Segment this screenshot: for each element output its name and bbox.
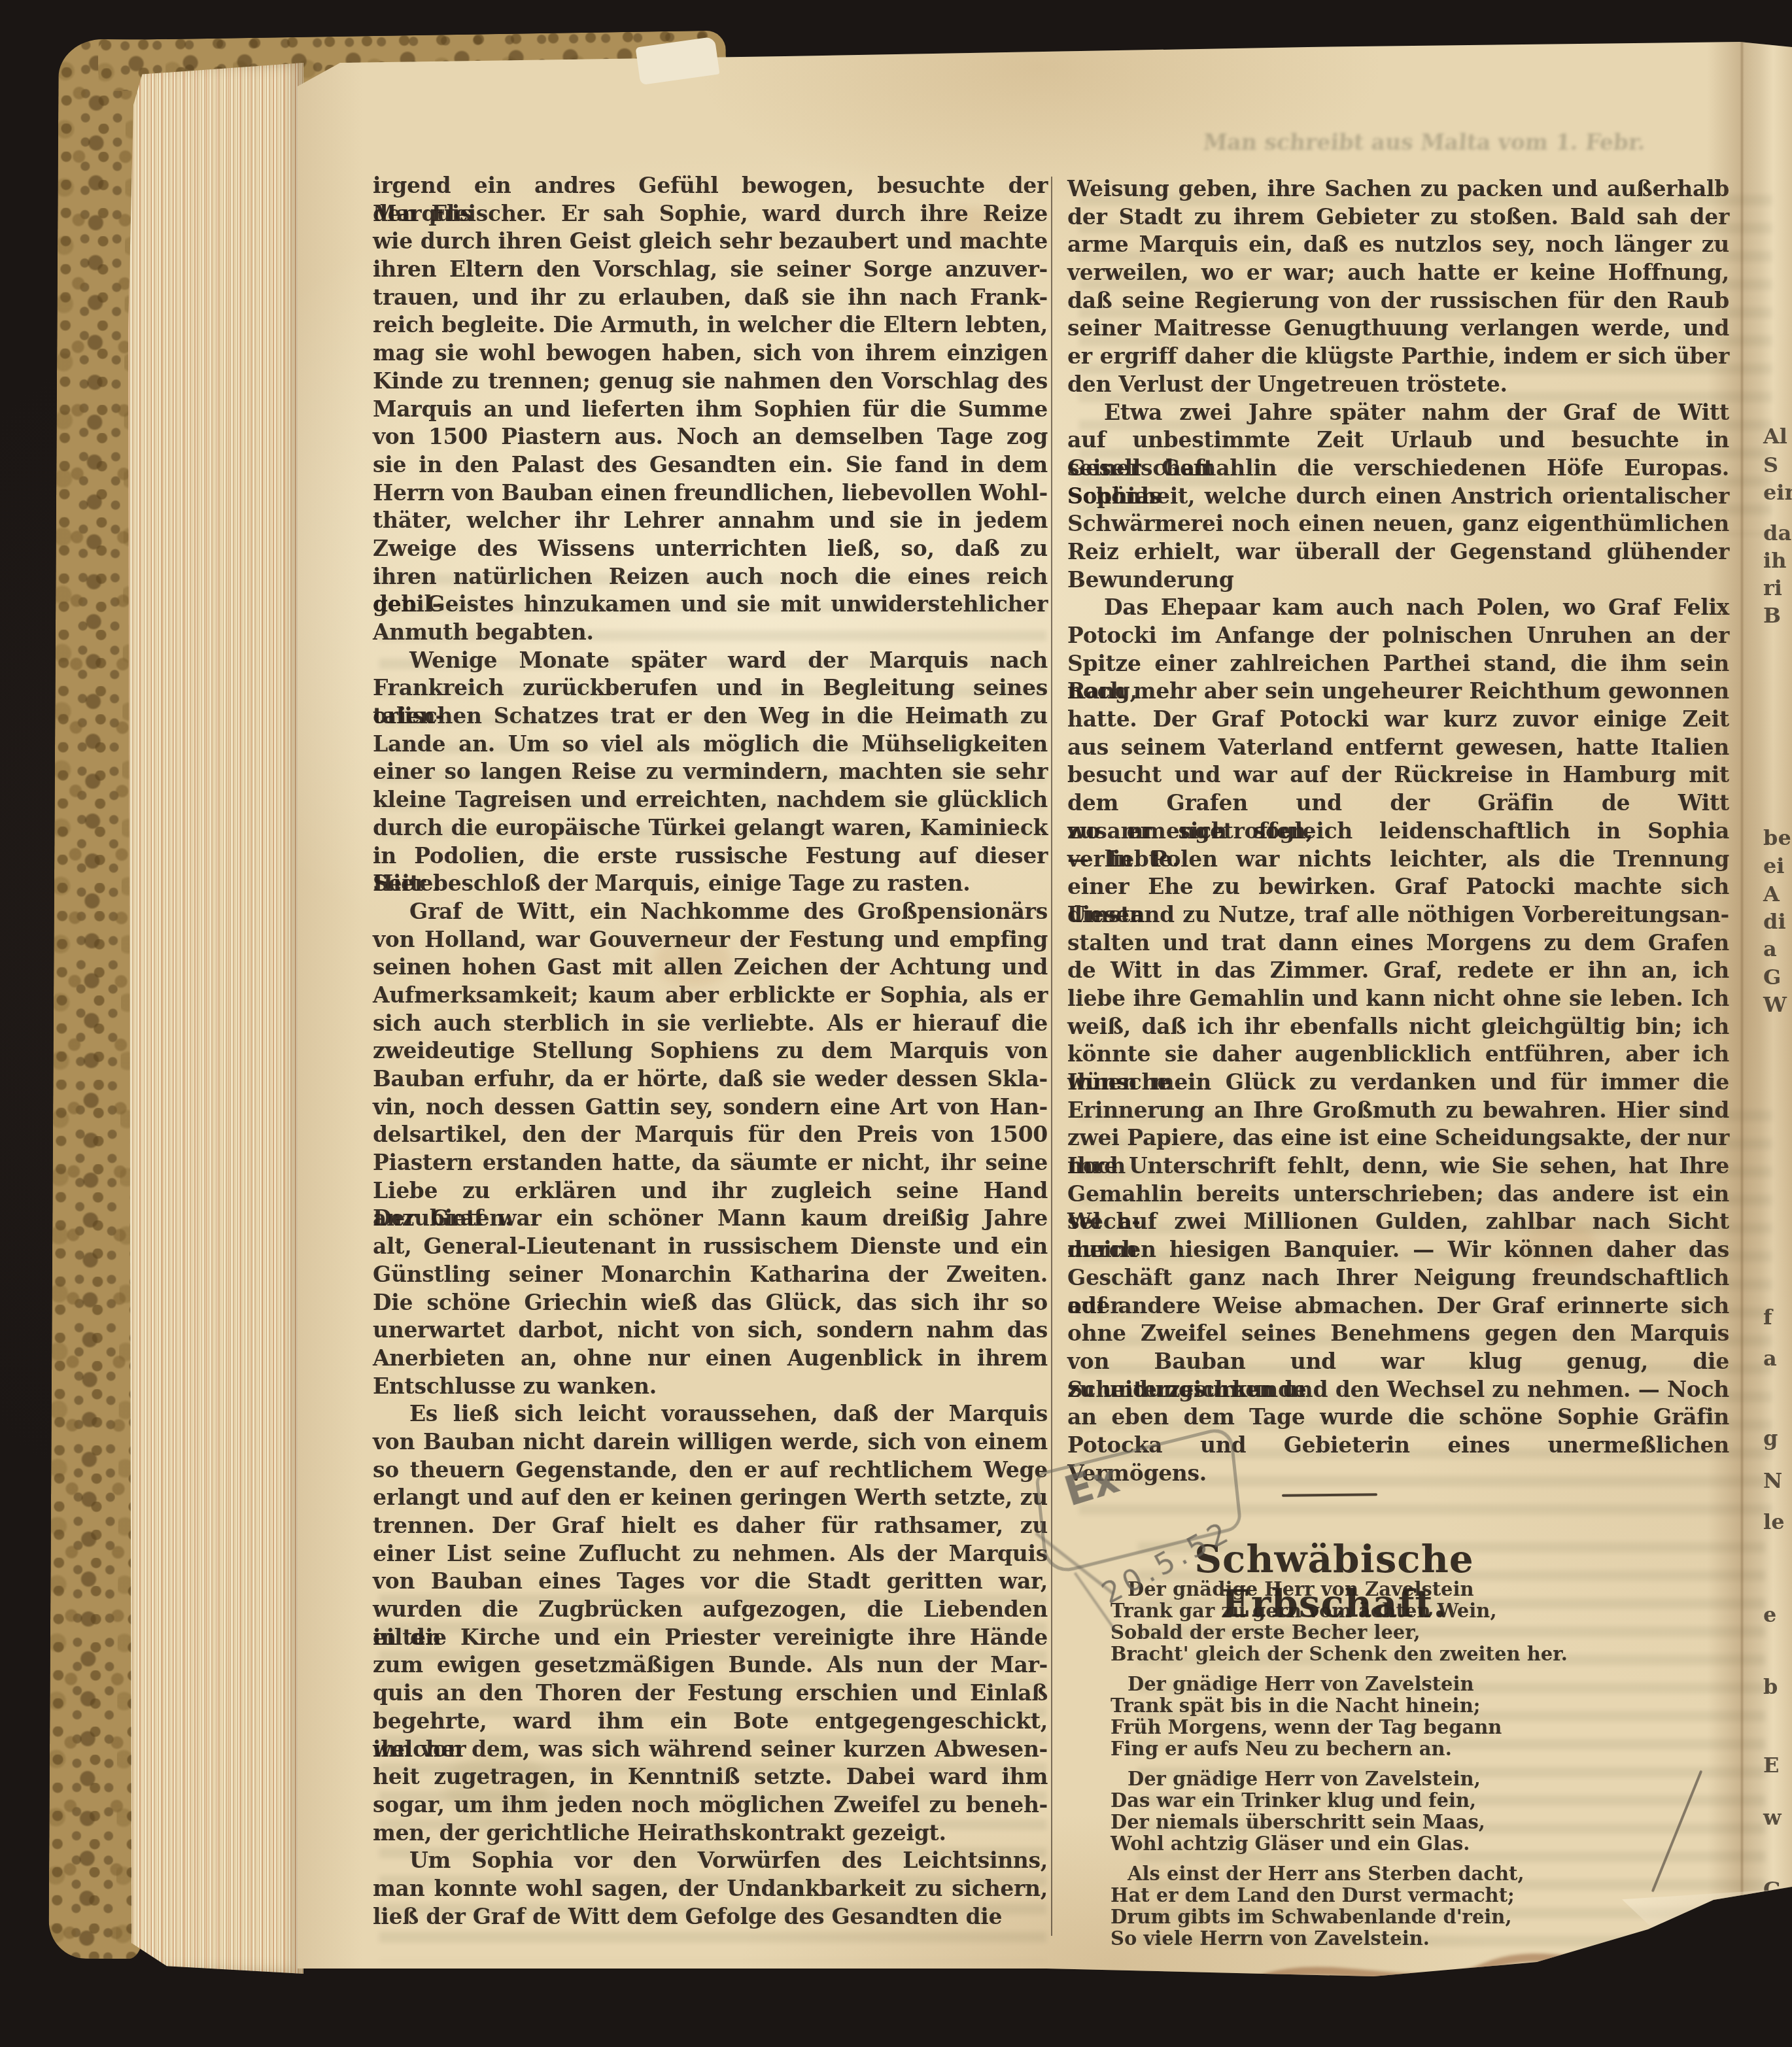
poem-line: Früh Morgens, wenn der Tag begann: [1111, 1717, 1699, 1738]
text-line: Anerbieten an, ohne nur einen Augenblick…: [373, 1345, 1048, 1373]
page-stack-fore-edge: [128, 63, 303, 1974]
text-line: Reiz erhielt, war überall der Gegenstand…: [1067, 538, 1729, 566]
poem-line: Hat er dem Land den Durst vermacht;: [1111, 1885, 1699, 1906]
cut-off-text-fragment: A: [1763, 882, 1780, 906]
text-line: Um Sophia vor den Vorwürfen des Leichtsi…: [373, 1847, 1048, 1875]
text-line: trauen, und ihr zu erlauben, daß sie ihn…: [373, 284, 1048, 312]
text-line: seiner Maitresse Genugthuung verlangen w…: [1067, 315, 1729, 343]
text-line: sich auch sterblich in sie verliebte. Al…: [373, 1010, 1048, 1038]
poem-line: Als einst der Herr ans Sterben dacht,: [1111, 1863, 1699, 1885]
poem-block: Der gnädige Herr von ZavelsteinTrank gar…: [1111, 1579, 1699, 1958]
text-line: arme Marquis ein, daß es nutzlos sey, no…: [1067, 231, 1729, 259]
text-line: Der Graf war ein schöner Mann kaum dreiß…: [373, 1205, 1048, 1233]
text-line: thäter, welcher ihr Lehrer annahm und si…: [373, 507, 1048, 535]
text-line: sogar, um ihm jeden noch möglichen Zweif…: [373, 1791, 1048, 1819]
cut-off-text-fragment: ei: [1763, 853, 1785, 878]
text-line: aus seinem Vaterland entfernt gewesen, h…: [1067, 734, 1729, 762]
cut-off-text-fragment: E: [1763, 1753, 1779, 1778]
text-line: in Podolien, die erste russische Festung…: [373, 842, 1048, 870]
text-line: vin, noch dessen Gattin sey, sondern ein…: [373, 1093, 1048, 1122]
text-line: meinen hiesigen Banquier. — Wir können d…: [1067, 1236, 1729, 1264]
text-line: talischen Schatzes trat er den Weg in di…: [373, 702, 1048, 731]
text-line: Piastern erstanden hatte, da säumte er n…: [373, 1149, 1048, 1177]
text-line: Das Ehepaar kam auch nach Polen, wo Graf…: [1067, 594, 1729, 622]
text-line: Ihnen mein Glück zu verdanken und für im…: [1067, 1069, 1729, 1097]
poem-line: Trank gar zu gern vom ächten Wein,: [1111, 1600, 1699, 1622]
book-page: Man schreibt aus Malta vom 1. Febr. irge…: [288, 38, 1792, 1984]
text-line: trennen. Der Graf hielt es daher für rat…: [373, 1512, 1048, 1540]
text-line: delsartikel, den der Marquis für den Pre…: [373, 1121, 1048, 1149]
text-line: unerwartet darbot, nicht von sich, sonde…: [373, 1316, 1048, 1345]
text-line: an eben dem Tage wurde die schöne Sophie…: [1067, 1403, 1729, 1432]
cut-off-text-fragment: N: [1763, 1468, 1782, 1493]
text-line: von Bauban nicht darein willigen werde, …: [373, 1428, 1048, 1456]
text-line: Ihre Unterschrift fehlt, denn, wie Sie s…: [1067, 1152, 1729, 1180]
ghost-show-through-headline: Man schreibt aus Malta vom 1. Febr.: [1203, 129, 1792, 155]
text-column-left: irgend ein andres Gefühl bewogen, besuch…: [373, 172, 1048, 1931]
text-line: erlangt und auf den er keinen geringen W…: [373, 1484, 1048, 1512]
text-line: ihren Eltern den Vorschlag, sie seiner S…: [373, 256, 1048, 284]
text-line: so theuern Gegenstande, den er auf recht…: [373, 1456, 1048, 1485]
poem-line: Der niemals überschritt sein Maas,: [1111, 1812, 1699, 1833]
text-line: ihren natürlichen Reizen auch noch die e…: [373, 563, 1048, 591]
text-line: von Holland, war Gouverneur der Festung …: [373, 926, 1048, 954]
text-line: Wenige Monate später ward der Marquis na…: [373, 647, 1048, 675]
text-line: auf unbestimmte Zeit Urlaub und besuchte…: [1067, 426, 1729, 455]
text-line: Liebe zu erklären und ihr zugleich seine…: [373, 1177, 1048, 1205]
text-line: Es ließ sich leicht voraussehen, daß der…: [373, 1400, 1048, 1428]
cut-off-text-fragment: a: [1763, 937, 1777, 961]
text-line: Zweige des Wissens unterrichten ließ, so…: [373, 535, 1048, 563]
cut-off-text-fragment: be: [1763, 825, 1791, 850]
poem-stanza: Der gnädige Herr von ZavelsteinTrank spä…: [1111, 1674, 1699, 1760]
text-line: — In Polen war nichts leichter, als die …: [1067, 846, 1729, 874]
cut-off-text-fragment: G: [1763, 965, 1781, 989]
scanned-book-photo: Man schreibt aus Malta vom 1. Febr. irge…: [0, 0, 1792, 2047]
text-line: Aufmerksamkeit; kaum aber erblickte er S…: [373, 982, 1048, 1010]
text-line: Erinnerung an Ihre Großmuth zu bewahren.…: [1067, 1097, 1729, 1125]
text-line: daß seine Regierung von der russischen f…: [1067, 287, 1729, 315]
text-line: den Fleischer. Er sah Sophie, ward durch…: [373, 200, 1048, 228]
text-column-right: Weisung geben, ihre Sachen zu packen und…: [1067, 175, 1729, 1460]
text-line: Gemahlin bereits unterschrieben; das and…: [1067, 1180, 1729, 1209]
text-line: er ergriff daher die klügste Parthie, in…: [1067, 343, 1729, 371]
text-line: zu unterzeichnen und den Wechsel zu nehm…: [1067, 1376, 1729, 1404]
text-line: kleine Tagreisen und erreichten, nachdem…: [373, 786, 1048, 814]
cut-off-text-fragment: a: [1763, 1346, 1777, 1371]
text-line: Entschlusse zu wanken.: [373, 1373, 1048, 1401]
poem-line: Trank spät bis in die Nacht hinein;: [1111, 1695, 1699, 1717]
text-line: weiß, daß ich ihr ebenfalls nicht gleich…: [1067, 1013, 1729, 1041]
text-line: stalten und trat dann eines Morgens zu d…: [1067, 929, 1729, 957]
cut-off-text-fragment: Al: [1763, 424, 1787, 449]
text-line: einer Ehe zu bewirken. Graf Patocki mach…: [1067, 873, 1729, 901]
text-line: Kinde zu trennen; genug sie nahmen den V…: [373, 368, 1048, 396]
poem-stanza: Der gnädige Herr von Zavelstein,Das war …: [1111, 1768, 1699, 1855]
text-line: Herrn von Bauban einen freundlichen, lie…: [373, 479, 1048, 507]
poem-line: Fing er aufs Neu zu bechern an.: [1111, 1738, 1699, 1760]
text-line: quis an den Thoren der Festung erschien …: [373, 1679, 1048, 1708]
cut-off-text-fragment: B: [1763, 603, 1781, 628]
text-line: Weisung geben, ihre Sachen zu packen und…: [1067, 175, 1729, 203]
text-line: auf andere Weise abmachen. Der Graf erin…: [1067, 1292, 1729, 1320]
text-line: ihn von dem, was sich während seiner kur…: [373, 1736, 1048, 1764]
text-line: ohne Zweifel seines Benehmens gegen den …: [1067, 1320, 1729, 1348]
cut-off-text-fragment: da: [1763, 521, 1791, 545]
text-line: men, der gerichtliche Heirathskontrakt g…: [373, 1819, 1048, 1848]
text-line: wo er sich sogleich leidenschaftlich in …: [1067, 817, 1729, 846]
text-line: zweideutige Stellung Sophiens zu dem Mar…: [373, 1037, 1048, 1065]
poem-line: Der gnädige Herr von Zavelstein: [1111, 1674, 1699, 1695]
text-line: Günstling seiner Monarchin Katharina der…: [373, 1261, 1048, 1289]
text-line: Bewunderung: [1067, 566, 1729, 594]
text-line: seinen hohen Gast mit allen Zeichen der …: [373, 954, 1048, 982]
cut-off-text-fragment: ri: [1763, 576, 1782, 600]
text-line: reich begleite. Die Armuth, in welcher d…: [373, 311, 1048, 339]
gutter-crease: [1741, 38, 1743, 1984]
text-line: von Bauban und war klug genug, die Schei…: [1067, 1348, 1729, 1376]
cut-off-text-fragment: ein: [1763, 480, 1792, 505]
text-line: alt, General-Lieutenant in russischem Di…: [373, 1233, 1048, 1261]
text-line: dem Grafen und der Gräfin de Witt zusamm…: [1067, 789, 1729, 817]
text-line: Umstand zu Nutze, traf alle nöthigen Vor…: [1067, 901, 1729, 929]
ink-scribble: [1223, 1928, 1720, 2020]
text-line: sel auf zwei Millionen Gulden, zahlbar n…: [1067, 1208, 1729, 1236]
poem-line: Das war ein Trinker klug und fein,: [1111, 1790, 1699, 1812]
text-line: Marquis an und lieferten ihm Sophien für…: [373, 396, 1048, 424]
text-line: von Bauban eines Tages vor die Stadt ger…: [373, 1568, 1048, 1596]
poem-line: Sobald der erste Becher leer,: [1111, 1622, 1699, 1643]
text-line: zum ewigen gesetzmäßigen Bunde. Als nun …: [373, 1651, 1048, 1679]
text-line: mag sie wohl bewogen haben, sich von ihr…: [373, 339, 1048, 368]
text-line: Potocki im Anfange der polnischen Unruhe…: [1067, 622, 1729, 650]
cut-off-text-fragment: W: [1763, 992, 1787, 1017]
text-line: könnte sie daher augenblicklich entführe…: [1067, 1041, 1729, 1069]
text-line: durch die europäische Türkei gelangt war…: [373, 814, 1048, 842]
text-line: sie in den Palast des Gesandten ein. Sie…: [373, 451, 1048, 479]
text-line: irgend ein andres Gefühl bewogen, besuch…: [373, 172, 1048, 200]
text-line: Die schöne Griechin wieß das Glück, das …: [373, 1289, 1048, 1317]
text-line: Lande an. Um so viel als möglich die Müh…: [373, 731, 1048, 759]
text-line: ließ der Graf de Witt dem Gefolge des Ge…: [373, 1903, 1048, 1931]
poem-line: Der gnädige Herr von Zavelstein: [1111, 1579, 1699, 1600]
poem-line: Bracht' gleich der Schenk den zweiten he…: [1111, 1643, 1699, 1665]
text-line: heit zugetragen, in Kenntniß setzte. Dab…: [373, 1763, 1048, 1791]
text-line: Bauban erfuhr, da er hörte, daß sie wede…: [373, 1065, 1048, 1093]
text-line: einer List seine Zuflucht zu nehmen. Als…: [373, 1540, 1048, 1568]
text-line: wurden die Zugbrücken aufgezogen, die Li…: [373, 1596, 1048, 1624]
cut-off-text-fragment: e: [1763, 1602, 1776, 1627]
text-line: in die Kirche und ein Priester vereinigt…: [373, 1624, 1048, 1652]
text-line: den Geistes hinzukamen und sie mit unwid…: [373, 591, 1048, 619]
text-line: von 1500 Piastern aus. Noch an demselben…: [373, 423, 1048, 451]
text-line: Hier beschloß der Marquis, einige Tage z…: [373, 870, 1048, 898]
cut-off-text-fragment: di: [1763, 909, 1786, 934]
text-line: zwei Papiere, das eine ist eine Scheidun…: [1067, 1124, 1729, 1152]
text-line: man konnte wohl sagen, der Undankbarkeit…: [373, 1875, 1048, 1903]
text-line: noch mehr aber sein ungeheurer Reichthum…: [1067, 678, 1729, 706]
text-line: de Witt in das Zimmer. Graf, redete er i…: [1067, 957, 1729, 985]
text-line: verweilen, wo er war; auch hatte er kein…: [1067, 259, 1729, 287]
cut-off-text-fragment: ih: [1763, 548, 1786, 573]
cut-off-text-fragment: b: [1763, 1674, 1778, 1699]
text-line: wie durch ihren Geist gleich sehr bezaub…: [373, 228, 1048, 256]
poem-line: Der gnädige Herr von Zavelstein,: [1111, 1768, 1699, 1790]
text-line: Frankreich zurückberufen und in Begleitu…: [373, 674, 1048, 702]
text-line: Spitze einer zahlreichen Parthei stand, …: [1067, 650, 1729, 678]
text-line: Schönheit, welche durch einen Anstrich o…: [1067, 483, 1729, 511]
text-line: einer so langen Reise zu vermindern, mac…: [373, 758, 1048, 786]
text-line: begehrte, ward ihm ein Bote entgegengesc…: [373, 1708, 1048, 1736]
text-line: besucht und war auf der Rückreise in Ham…: [1067, 761, 1729, 789]
cut-off-text-fragment: G: [1763, 1877, 1781, 1902]
text-line: den Verlust der Ungetreuen tröstete.: [1067, 371, 1729, 399]
text-line: Schwärmerei noch einen neuen, ganz eigen…: [1067, 510, 1729, 538]
cut-off-text-fragment: le: [1763, 1509, 1785, 1534]
text-line: liebe ihre Gemahlin und kann nicht ohne …: [1067, 985, 1729, 1013]
text-line: seiner Gemahlin die verschiedenen Höfe E…: [1067, 455, 1729, 483]
cut-off-text-fragment: f: [1763, 1305, 1772, 1330]
text-line: Geschäft ganz nach Ihrer Neigung freunds…: [1067, 1264, 1729, 1292]
poem-line: Wohl achtzig Gläser und ein Glas.: [1111, 1833, 1699, 1855]
poem-line: Drum gibts im Schwabenlande d'rein,: [1111, 1906, 1699, 1928]
text-line: Anmuth begabten.: [373, 619, 1048, 647]
text-line: der Stadt zu ihrem Gebieter zu stoßen. B…: [1067, 203, 1729, 232]
cut-off-text-fragment: g: [1763, 1426, 1778, 1451]
text-line: Etwa zwei Jahre später nahm der Graf de …: [1067, 399, 1729, 427]
column-divider-rule: [1051, 177, 1052, 1936]
cut-off-text-fragment: w: [1763, 1805, 1782, 1830]
text-line: Graf de Witt, ein Nachkomme des Großpens…: [373, 898, 1048, 926]
text-line: hatte. Der Graf Potocki war kurz zuvor e…: [1067, 706, 1729, 734]
poem-stanza: Der gnädige Herr von ZavelsteinTrank gar…: [1111, 1579, 1699, 1665]
cut-off-text-fragment: S: [1763, 453, 1778, 477]
